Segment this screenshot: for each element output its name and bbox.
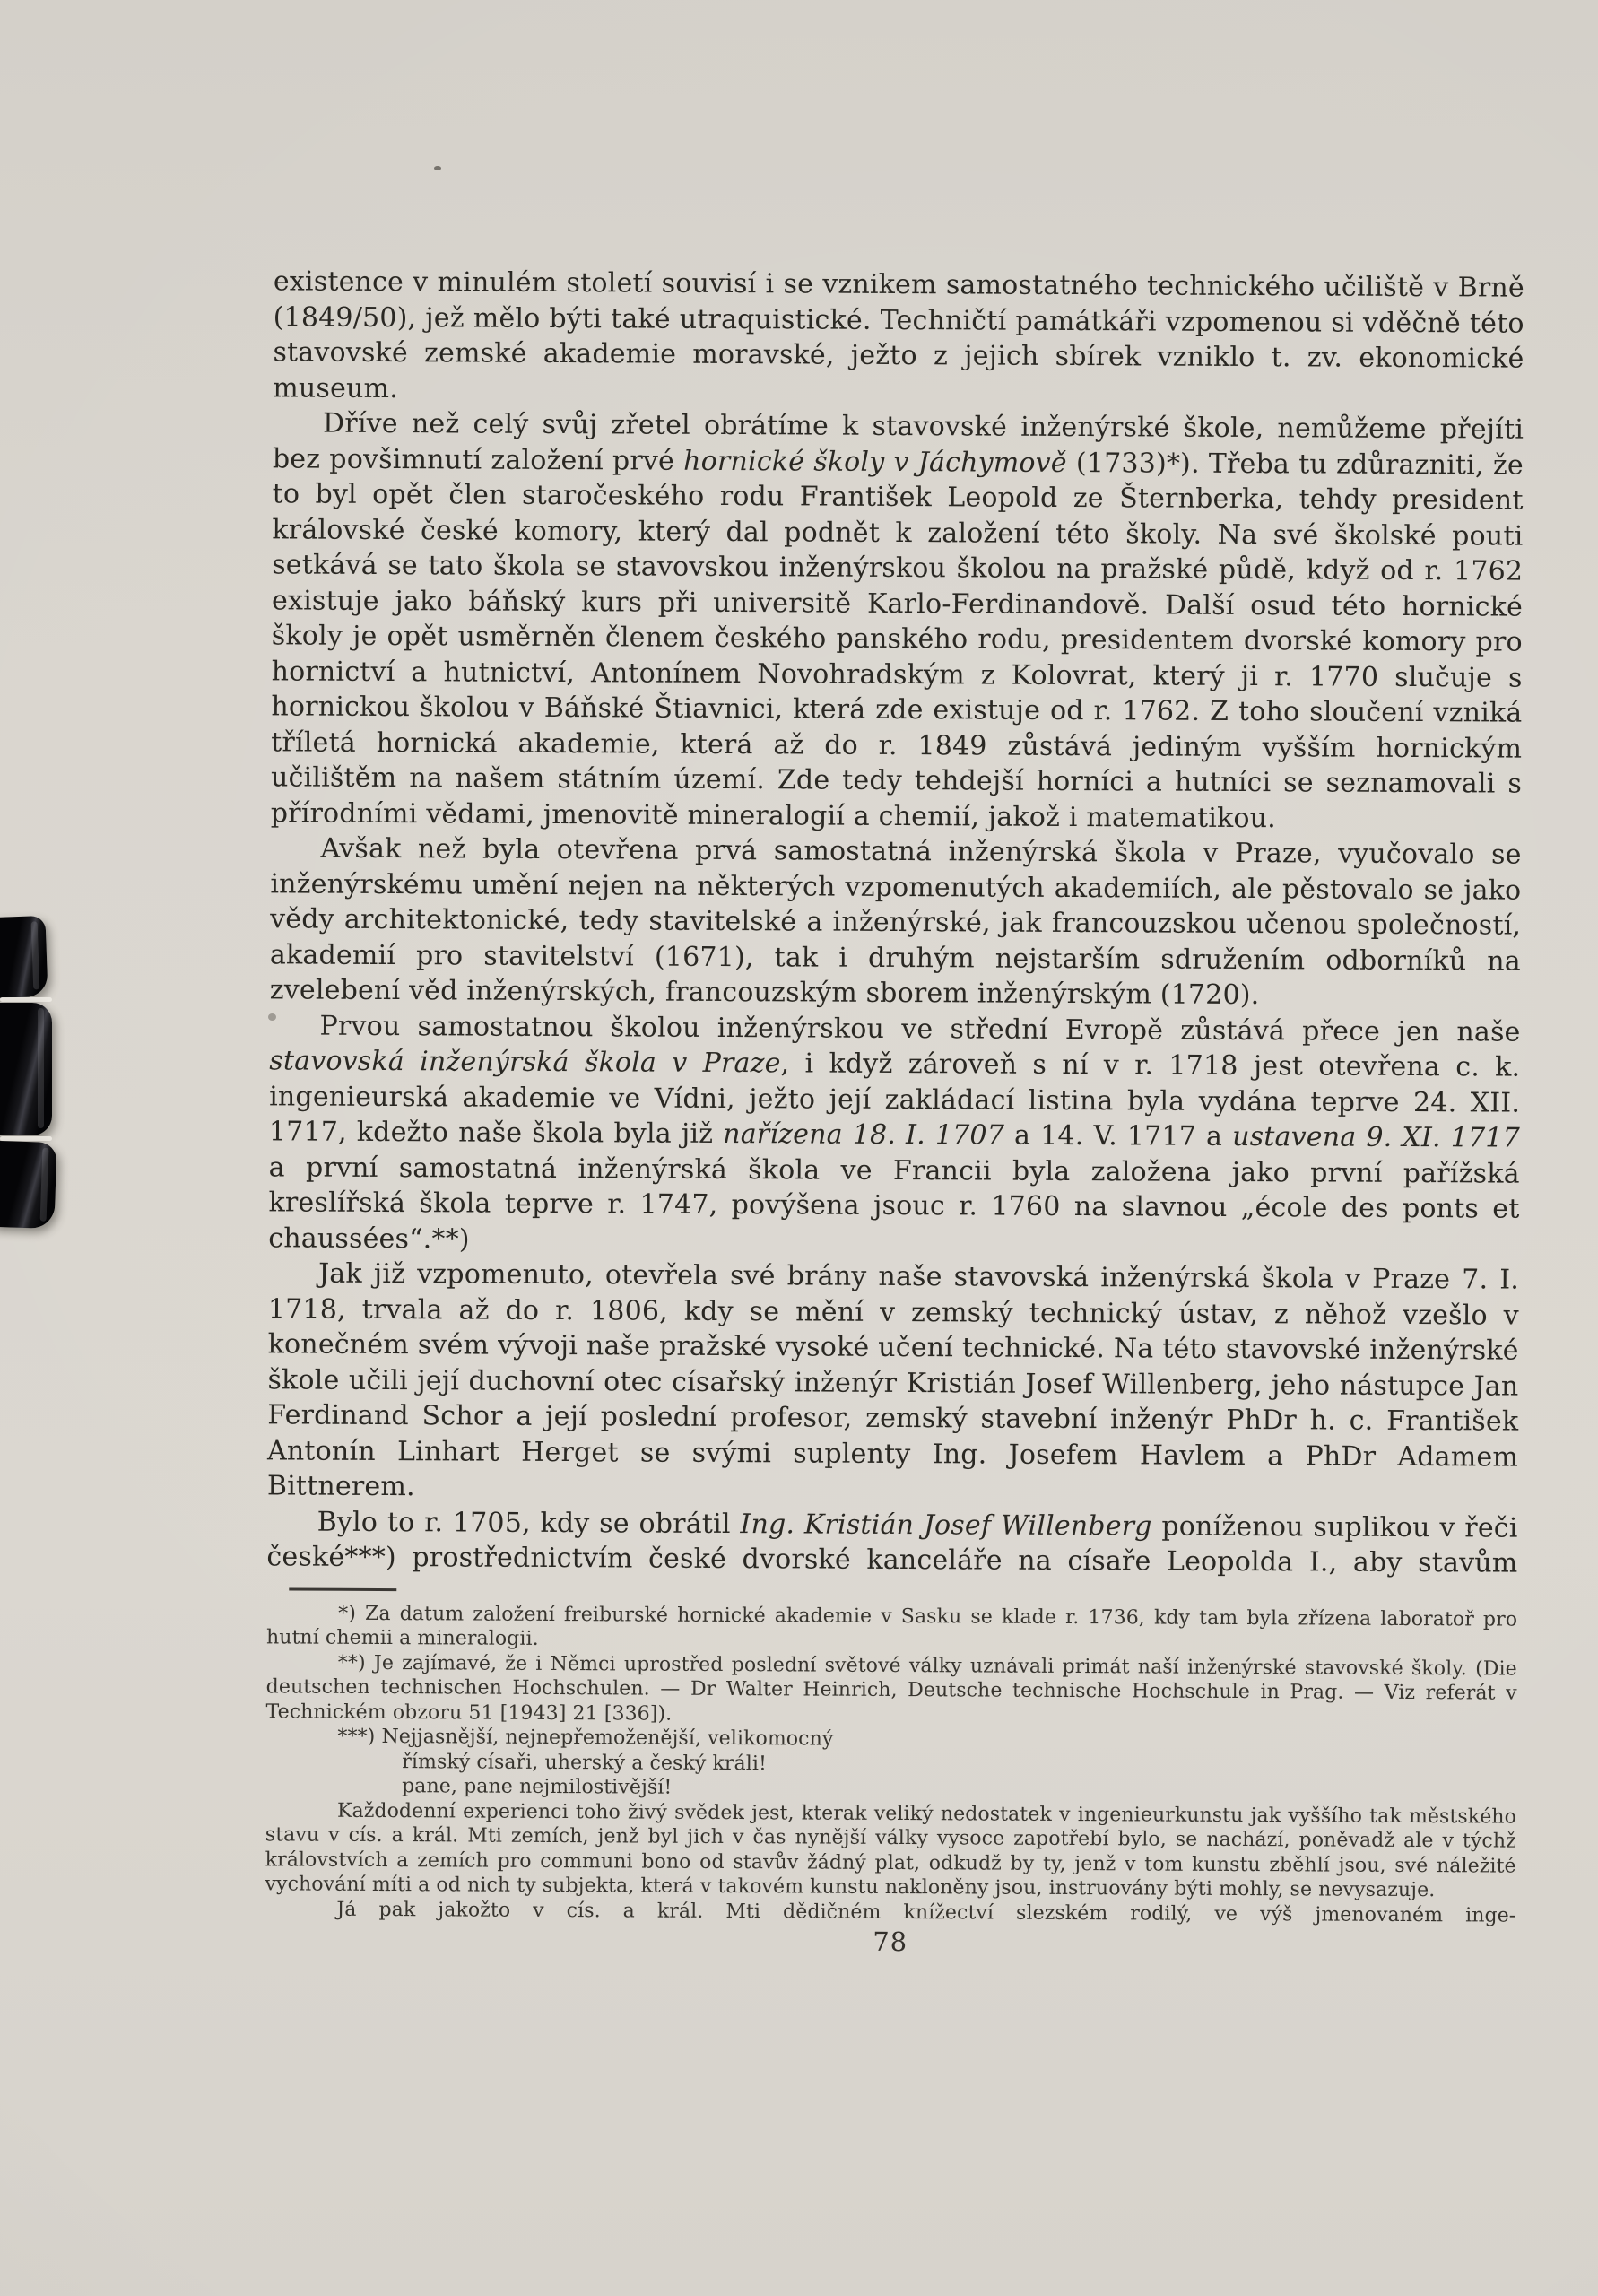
body-paragraph: existence v minulém století souvisí i se… [273,264,1524,412]
clip-gap [0,1136,52,1141]
body-paragraph: Avšak než byla otevřena prvá samostatná … [270,831,1522,1014]
paper-speck [268,1013,276,1021]
body-paragraph: Dříve než celý svůj zřetel obrátíme k st… [271,405,1524,837]
footnote-text: Za datum založení freiburské hornické ak… [266,1602,1517,1650]
text-run: (1733)*). Třeba tu zdůrazniti, že to byl… [271,447,1524,833]
text-run: a první samostatná inženýrská škola ve F… [268,1152,1520,1255]
italic-run: ustavena 9. XI. 1717 [1232,1121,1520,1154]
page-text-block: existence v minulém století souvisí i se… [265,264,1524,1963]
footnote-text: Je zajímavé, že i Němci uprostřed posled… [265,1651,1516,1725]
footnote-3-verse: ***) Nejjasnější, nejnepřemoženější, vel… [265,1724,1516,1805]
italic-run: Ing. Kristián Josef Willenberg [740,1509,1151,1542]
footnote-2: **) Je zajímavé, že i Němci uprostřed po… [265,1650,1516,1731]
text-run: existence v minulém století souvisí i se… [273,265,1524,404]
text-run: Jak již vzpomenuto, otevřela své brány n… [267,1258,1519,1503]
clip-highlight [38,1008,44,1128]
footnote-marker: *) [338,1602,356,1624]
footnote-text: Každodenní experienci toho živý svědek j… [265,1799,1516,1901]
paper-speck [434,166,441,170]
footnote-text: Já pak jakožto v cís. a král. Mti dědičn… [336,1898,1515,1926]
clip-gap [0,997,52,1002]
italic-run: nařízena 18. I. 1707 [723,1118,1004,1152]
clip-highlight [31,921,40,989]
body-paragraph: Prvou samostatnou školou inženýrskou ve … [268,1008,1520,1263]
binding-clip [0,1003,52,1135]
footnote-text: Nejjasnější, nejnepřemoženější, velikomo… [381,1726,833,1751]
italic-run: stavovská inženýrská škola v Praze [269,1045,780,1079]
italic-run: hornické školy v Jáchymově [683,445,1067,478]
text-run: Avšak než byla otevřena prvá samostatná … [270,833,1522,1011]
footnote-marker: **) [338,1651,366,1674]
footnote-text: římský císaři, uherský a český králi! [402,1751,767,1775]
binding-clip [0,1141,57,1229]
footnotes-block: *) Za datum založení freiburské hornické… [265,1601,1517,1928]
footnote-4: Každodenní experienci toho živý svědek j… [265,1798,1516,1903]
text-run: a 14. V. 1717 a [1004,1120,1232,1152]
text-run: Prvou samostatnou školou inženýrskou ve … [319,1010,1520,1048]
text-run: Bylo to r. 1705, kdy se obrátil [317,1506,741,1539]
body-paragraph: Bylo to r. 1705, kdy se obrátil Ing. Kri… [266,1504,1517,1581]
body-paragraph: Jak již vzpomenuto, otevřela své brány n… [267,1256,1519,1510]
footnote-1: *) Za datum založení freiburské hornické… [266,1601,1517,1657]
footnote-text: pane, pane nejmilostivější! [402,1775,672,1799]
footnote-separator-rule [289,1587,396,1591]
clip-highlight [40,1148,49,1222]
binding-clip [0,916,48,998]
footnote-marker: ***) [337,1726,375,1748]
page-number: 78 [265,1921,1515,1963]
scanned-book-page-photo: existence v minulém století souvisí i se… [0,0,1598,2296]
